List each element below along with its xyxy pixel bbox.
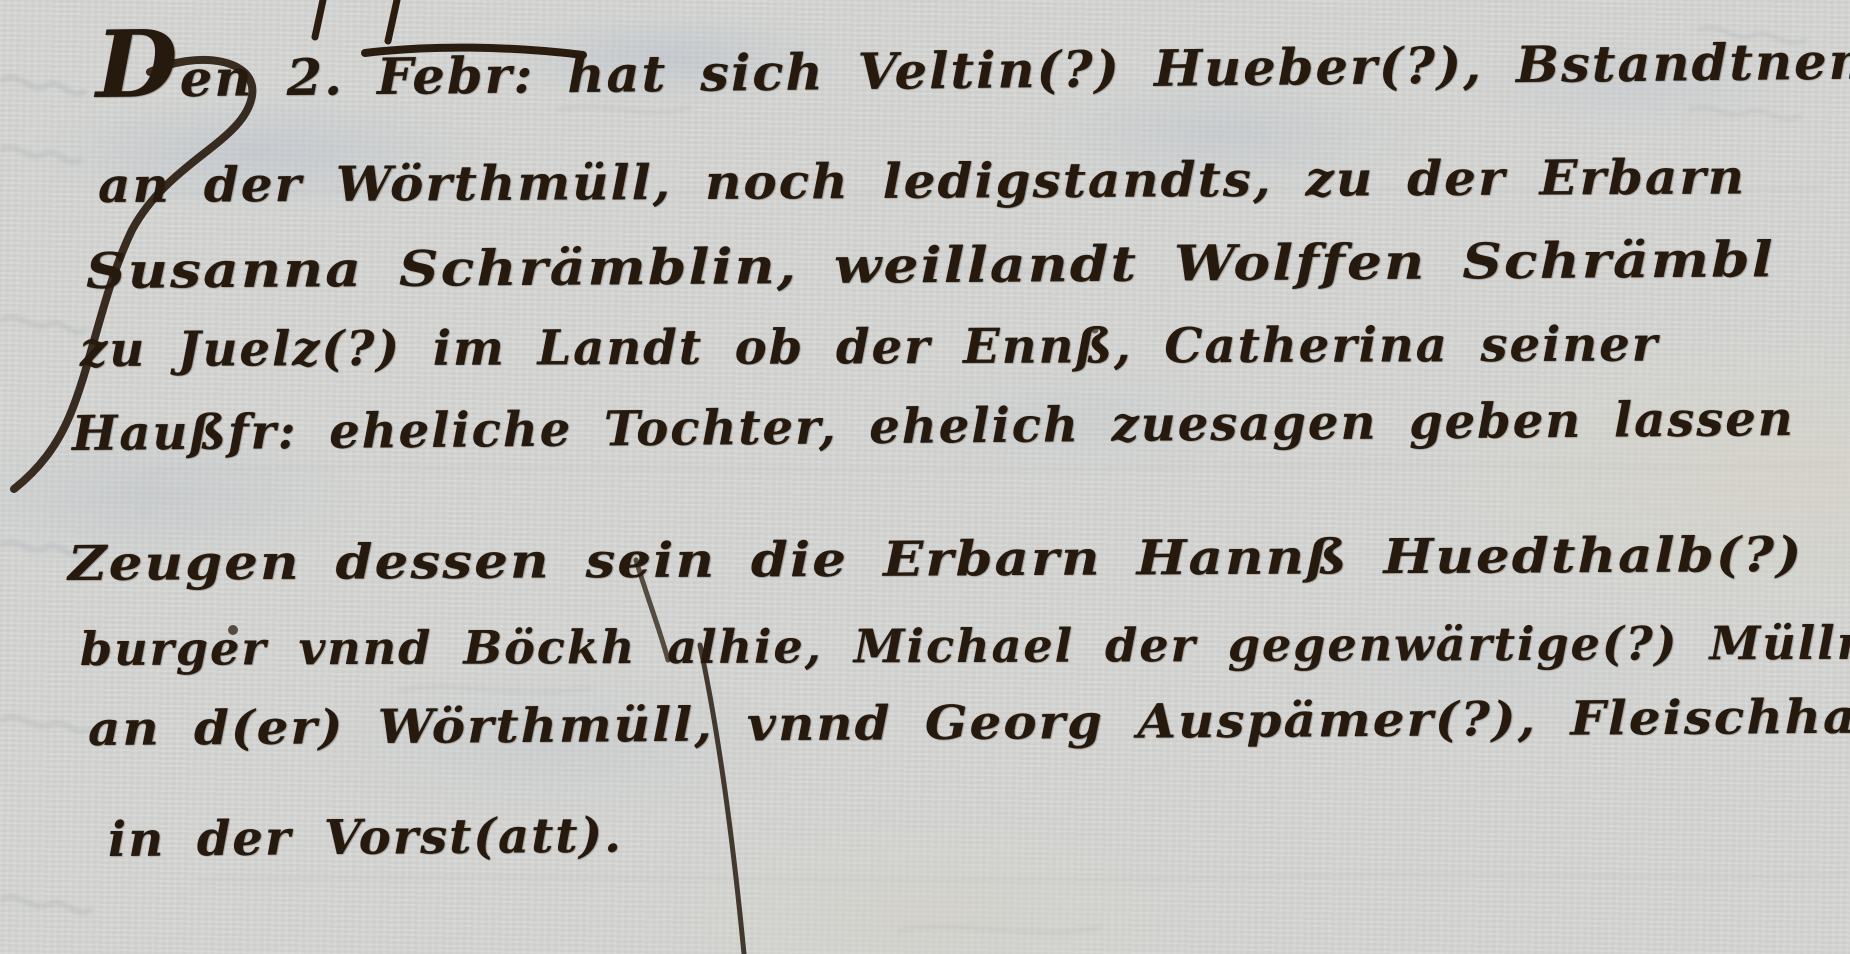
manuscript-line-6: Zeugen dessen sein die Erbarn Hannß Hued… xyxy=(68,527,1804,592)
heading-stroke-fragment xyxy=(388,0,397,41)
heading-stroke-fragment xyxy=(315,0,323,37)
manuscript-line-4: zu Juelz(?) im Landt ob der Ennß, Cather… xyxy=(80,316,1659,378)
manuscript-page: Den 2. Febr: hat sich Veltin(?) Hueber(?… xyxy=(0,0,1850,954)
manuscript-line-9: in der Vorst(att). xyxy=(108,808,623,868)
manuscript-line-7: burger vnnd Böckh alhie, Michael der geg… xyxy=(80,616,1850,676)
manuscript-line-2: an der Wörthmüll, noch ledigstandts, zu … xyxy=(98,149,1746,214)
ink-descender-stroke xyxy=(700,645,744,954)
manuscript-line-3: Susanna Schrämblin, weillandt Wolffen Sc… xyxy=(86,230,1775,300)
